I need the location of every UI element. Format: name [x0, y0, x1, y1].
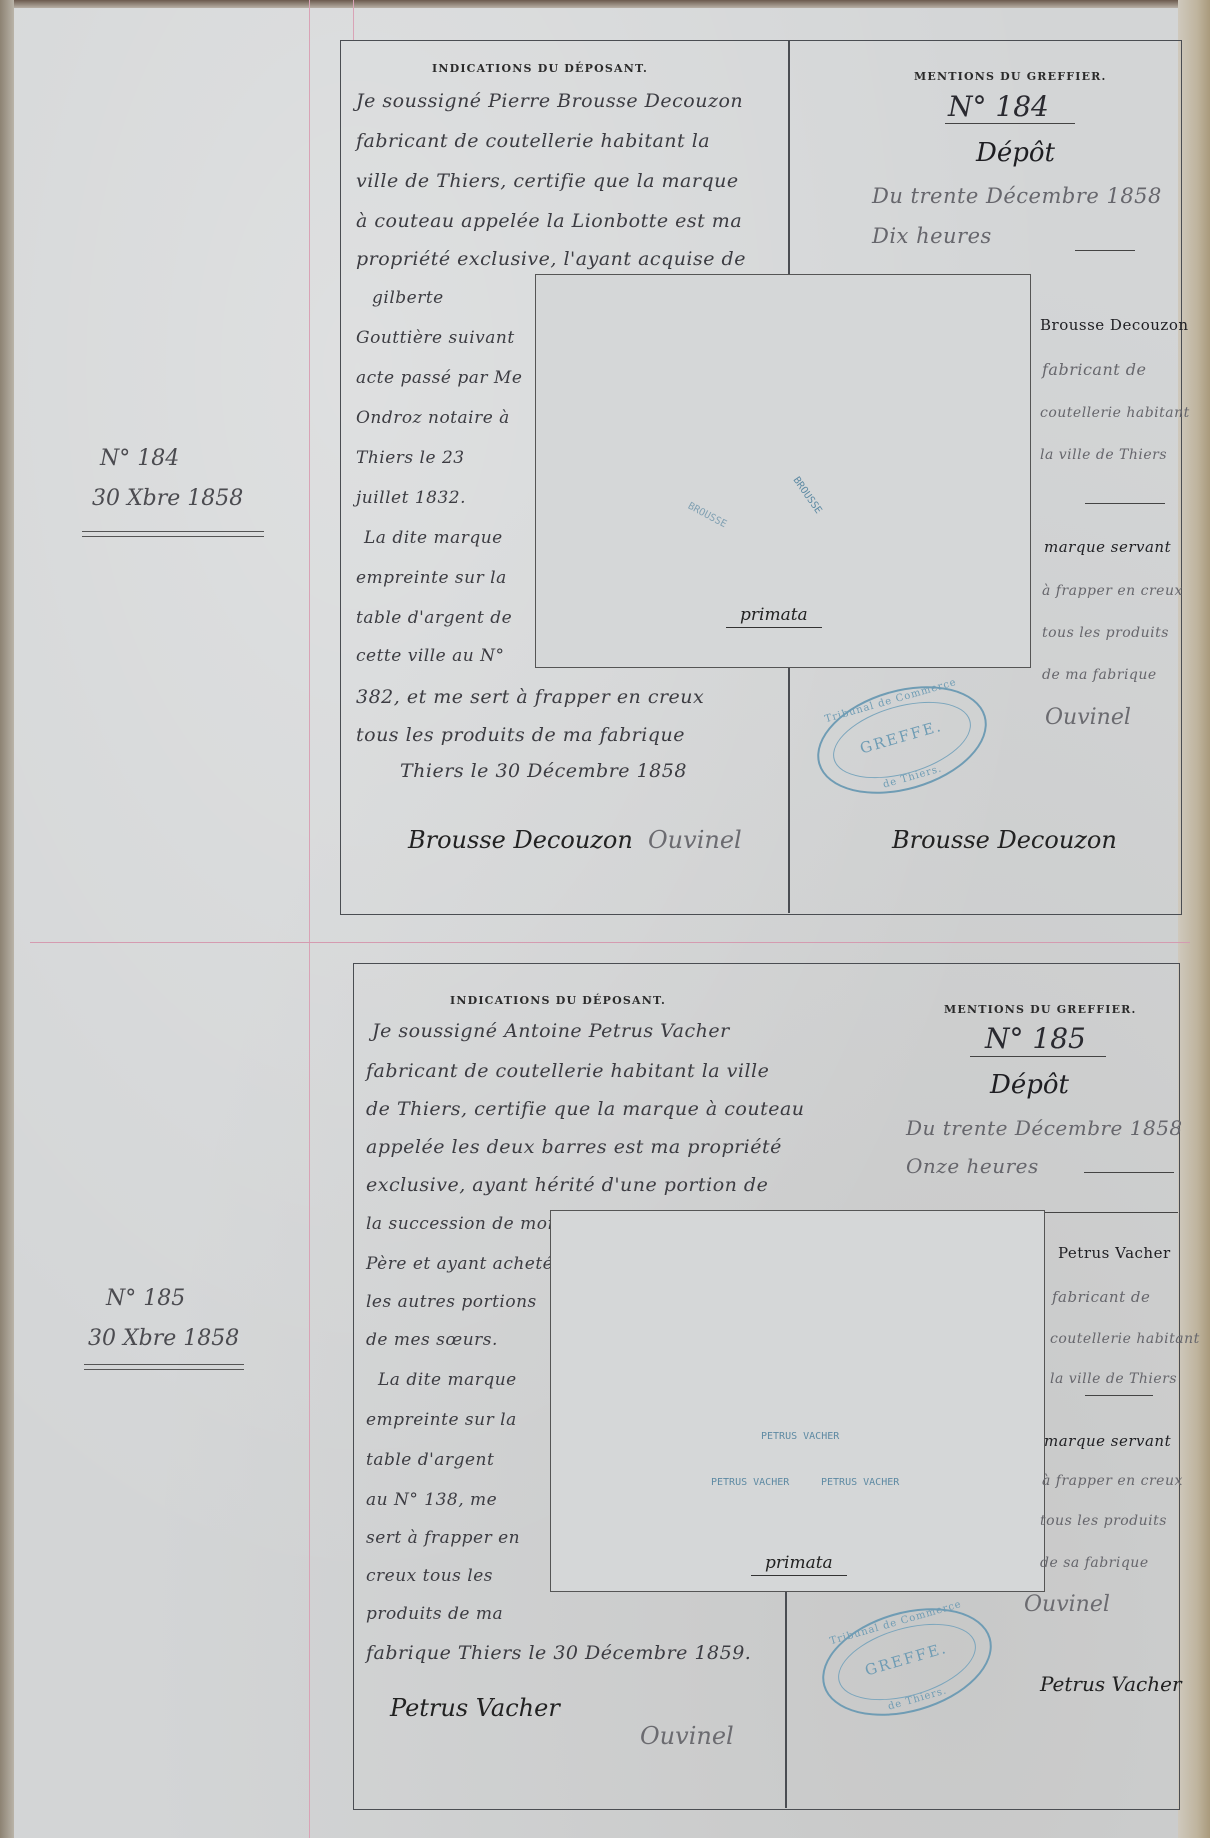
deposant-line: propriété exclusive, l'ayant acquise de — [356, 250, 746, 269]
greffier-number-rule — [945, 123, 1075, 124]
deposant-line: table d'argent de — [356, 610, 512, 627]
signature-deposant: Brousse Decouzon — [408, 826, 633, 854]
mark-impression-box: PETRUS VACHER PETRUS VACHER PETRUS VACHE… — [550, 1210, 1045, 1592]
margin-number: N° 184 — [100, 446, 179, 471]
greffier-number: N° 184 — [948, 90, 1049, 123]
column-divider-bottom — [788, 668, 790, 913]
greffier-side-line: de ma fabrique — [1042, 668, 1157, 682]
deposant-line: au N° 138, me — [366, 1492, 497, 1509]
column-divider-top — [788, 40, 790, 280]
register-page: N° 184 30 Xbre 1858 Indications du dépos… — [0, 0, 1192, 1838]
deposant-line: la succession de mon — [366, 1216, 559, 1233]
deposant-line: de mes sœurs. — [366, 1332, 498, 1349]
greffier-side-rule — [1085, 503, 1165, 504]
deposant-line: cette ville au N° — [356, 648, 504, 665]
greffier-line: Du trente Décembre 1858 — [872, 186, 1162, 207]
deposant-line: creux tous les — [366, 1568, 493, 1585]
greffier-number-rule — [970, 1056, 1106, 1057]
deposant-line: Je soussigné Antoine Petrus Vacher — [372, 1022, 730, 1041]
signature-greffier-side: Ouvinel — [1045, 705, 1131, 730]
greffier-title: Dépôt — [976, 138, 1055, 168]
deposant-line: La dite marque — [364, 530, 503, 547]
deposant-line: empreinte sur la — [366, 1412, 517, 1429]
deposant-line: La dite marque — [378, 1372, 517, 1389]
mark-stamp: PETRUS VACHER — [821, 1477, 899, 1488]
deposant-line: Père et ayant acheté — [366, 1256, 553, 1273]
page-top-edge — [0, 0, 1210, 8]
deposant-line: de Thiers, certifie que la marque à cout… — [366, 1100, 805, 1119]
deposant-line: juillet 1832. — [356, 490, 466, 507]
deposant-line: à couteau appelée la Lionbotte est ma — [356, 212, 742, 231]
signature-greffier: Ouvinel — [640, 1722, 734, 1750]
greffier-side-line: coutellerie habitant — [1050, 1332, 1200, 1346]
margin-date: 30 Xbre 1858 — [88, 1326, 239, 1351]
book-binding — [1178, 0, 1210, 1838]
deposant-line: les autres portions — [366, 1294, 537, 1311]
deposant-line: table d'argent — [366, 1452, 494, 1469]
greffier-rule — [1075, 250, 1135, 251]
deposant-line: acte passé par Me — [356, 370, 522, 387]
greffier-side-line: de sa fabrique — [1040, 1556, 1149, 1570]
greffier-side-line: Brousse Decouzon — [1040, 318, 1189, 333]
signature-greffier-side: Ouvinel — [1024, 1592, 1110, 1617]
column-divider-bottom — [785, 1590, 787, 1808]
mark-impression-box: BROUSSE BROUSSE primata — [535, 274, 1031, 668]
deposant-line: empreinte sur la — [356, 570, 507, 587]
deposant-line: appelée les deux barres est ma propriété — [366, 1138, 782, 1157]
margin-double-rule — [82, 531, 264, 537]
signature-deposant-greffier-column: Brousse Decouzon — [892, 826, 1117, 854]
greffier-header: Mentions du greffier. — [914, 70, 1107, 83]
greffier-side-line: marque servant — [1044, 1434, 1171, 1449]
deposant-line: produits de ma — [366, 1606, 503, 1623]
greffier-side-line: la ville de Thiers — [1050, 1372, 1177, 1386]
signature-greffier: Ouvinel — [648, 826, 742, 854]
deposant-line: tous les produits de ma fabrique — [356, 726, 685, 745]
deposant-line: fabricant de coutellerie habitant la — [356, 132, 710, 151]
deposant-line: fabricant de coutellerie habitant la vil… — [366, 1062, 769, 1081]
mark-stamp: BROUSSE — [790, 475, 823, 516]
greffier-side-line: tous les produits — [1040, 1514, 1167, 1528]
mark-stamp: PETRUS VACHER — [761, 1431, 839, 1442]
deposant-line: exclusive, ayant hérité d'une portion de — [366, 1176, 768, 1195]
deposant-header: Indications du déposant. — [450, 994, 666, 1007]
greffier-side-line: la ville de Thiers — [1040, 448, 1167, 462]
deposant-line: fabrique Thiers le 30 Décembre 1859. — [366, 1644, 751, 1663]
deposant-line: Je soussigné Pierre Brousse Decouzon — [356, 92, 743, 111]
margin-number: N° 185 — [106, 1286, 185, 1311]
margin-double-rule — [84, 1364, 244, 1370]
deposant-line: Thiers le 30 Décembre 1858 — [400, 762, 687, 781]
greffier-line: Du trente Décembre 1858 — [906, 1118, 1183, 1138]
greffier-side-line: marque servant — [1044, 540, 1171, 555]
greffier-header: Mentions du greffier. — [944, 1003, 1137, 1016]
greffier-side-rule — [1085, 1395, 1153, 1396]
deposant-line: gilberte — [372, 290, 444, 307]
margin-rule-tick — [353, 0, 354, 40]
greffier-number: N° 185 — [985, 1022, 1086, 1055]
greffier-line: Onze heures — [906, 1156, 1039, 1176]
deposant-header: Indications du déposant. — [432, 62, 648, 75]
greffier-side-line: Petrus Vacher — [1058, 1246, 1171, 1261]
greffier-line: Dix heures — [872, 226, 992, 247]
deposant-line: Ondroz notaire à — [356, 410, 510, 427]
deposant-line: ville de Thiers, certifie que la marque — [356, 172, 739, 191]
greffier-side-line: à frapper en creux — [1042, 1474, 1183, 1488]
greffier-side-line: fabricant de — [1042, 362, 1147, 378]
page-left-edge — [0, 0, 14, 1838]
mark-caption: primata — [751, 1553, 847, 1576]
margin-date: 30 Xbre 1858 — [92, 486, 243, 511]
greffier-side-line: tous les produits — [1042, 626, 1169, 640]
signature-deposant-greffier-column: Petrus Vacher — [1040, 1672, 1182, 1696]
mark-caption: primata — [726, 605, 822, 628]
deposant-line: sert à frapper en — [366, 1530, 520, 1547]
signature-deposant: Petrus Vacher — [390, 1694, 560, 1722]
mark-stamp: PETRUS VACHER — [711, 1477, 789, 1488]
greffier-side-line: fabricant de — [1052, 1290, 1150, 1305]
deposant-line: Gouttière suivant — [356, 330, 515, 347]
greffier-side-line: à frapper en creux — [1042, 584, 1183, 598]
mark-stamp: BROUSSE — [686, 501, 728, 531]
greffier-rule — [1084, 1172, 1174, 1173]
greffier-side-line: coutellerie habitant — [1040, 406, 1190, 420]
greffier-title: Dépôt — [990, 1070, 1069, 1100]
margin-rule-vertical — [309, 0, 310, 1838]
deposant-line: 382, et me sert à frapper en creux — [356, 688, 704, 707]
entry-separator-rule — [30, 942, 1190, 943]
deposant-line: Thiers le 23 — [356, 450, 465, 467]
